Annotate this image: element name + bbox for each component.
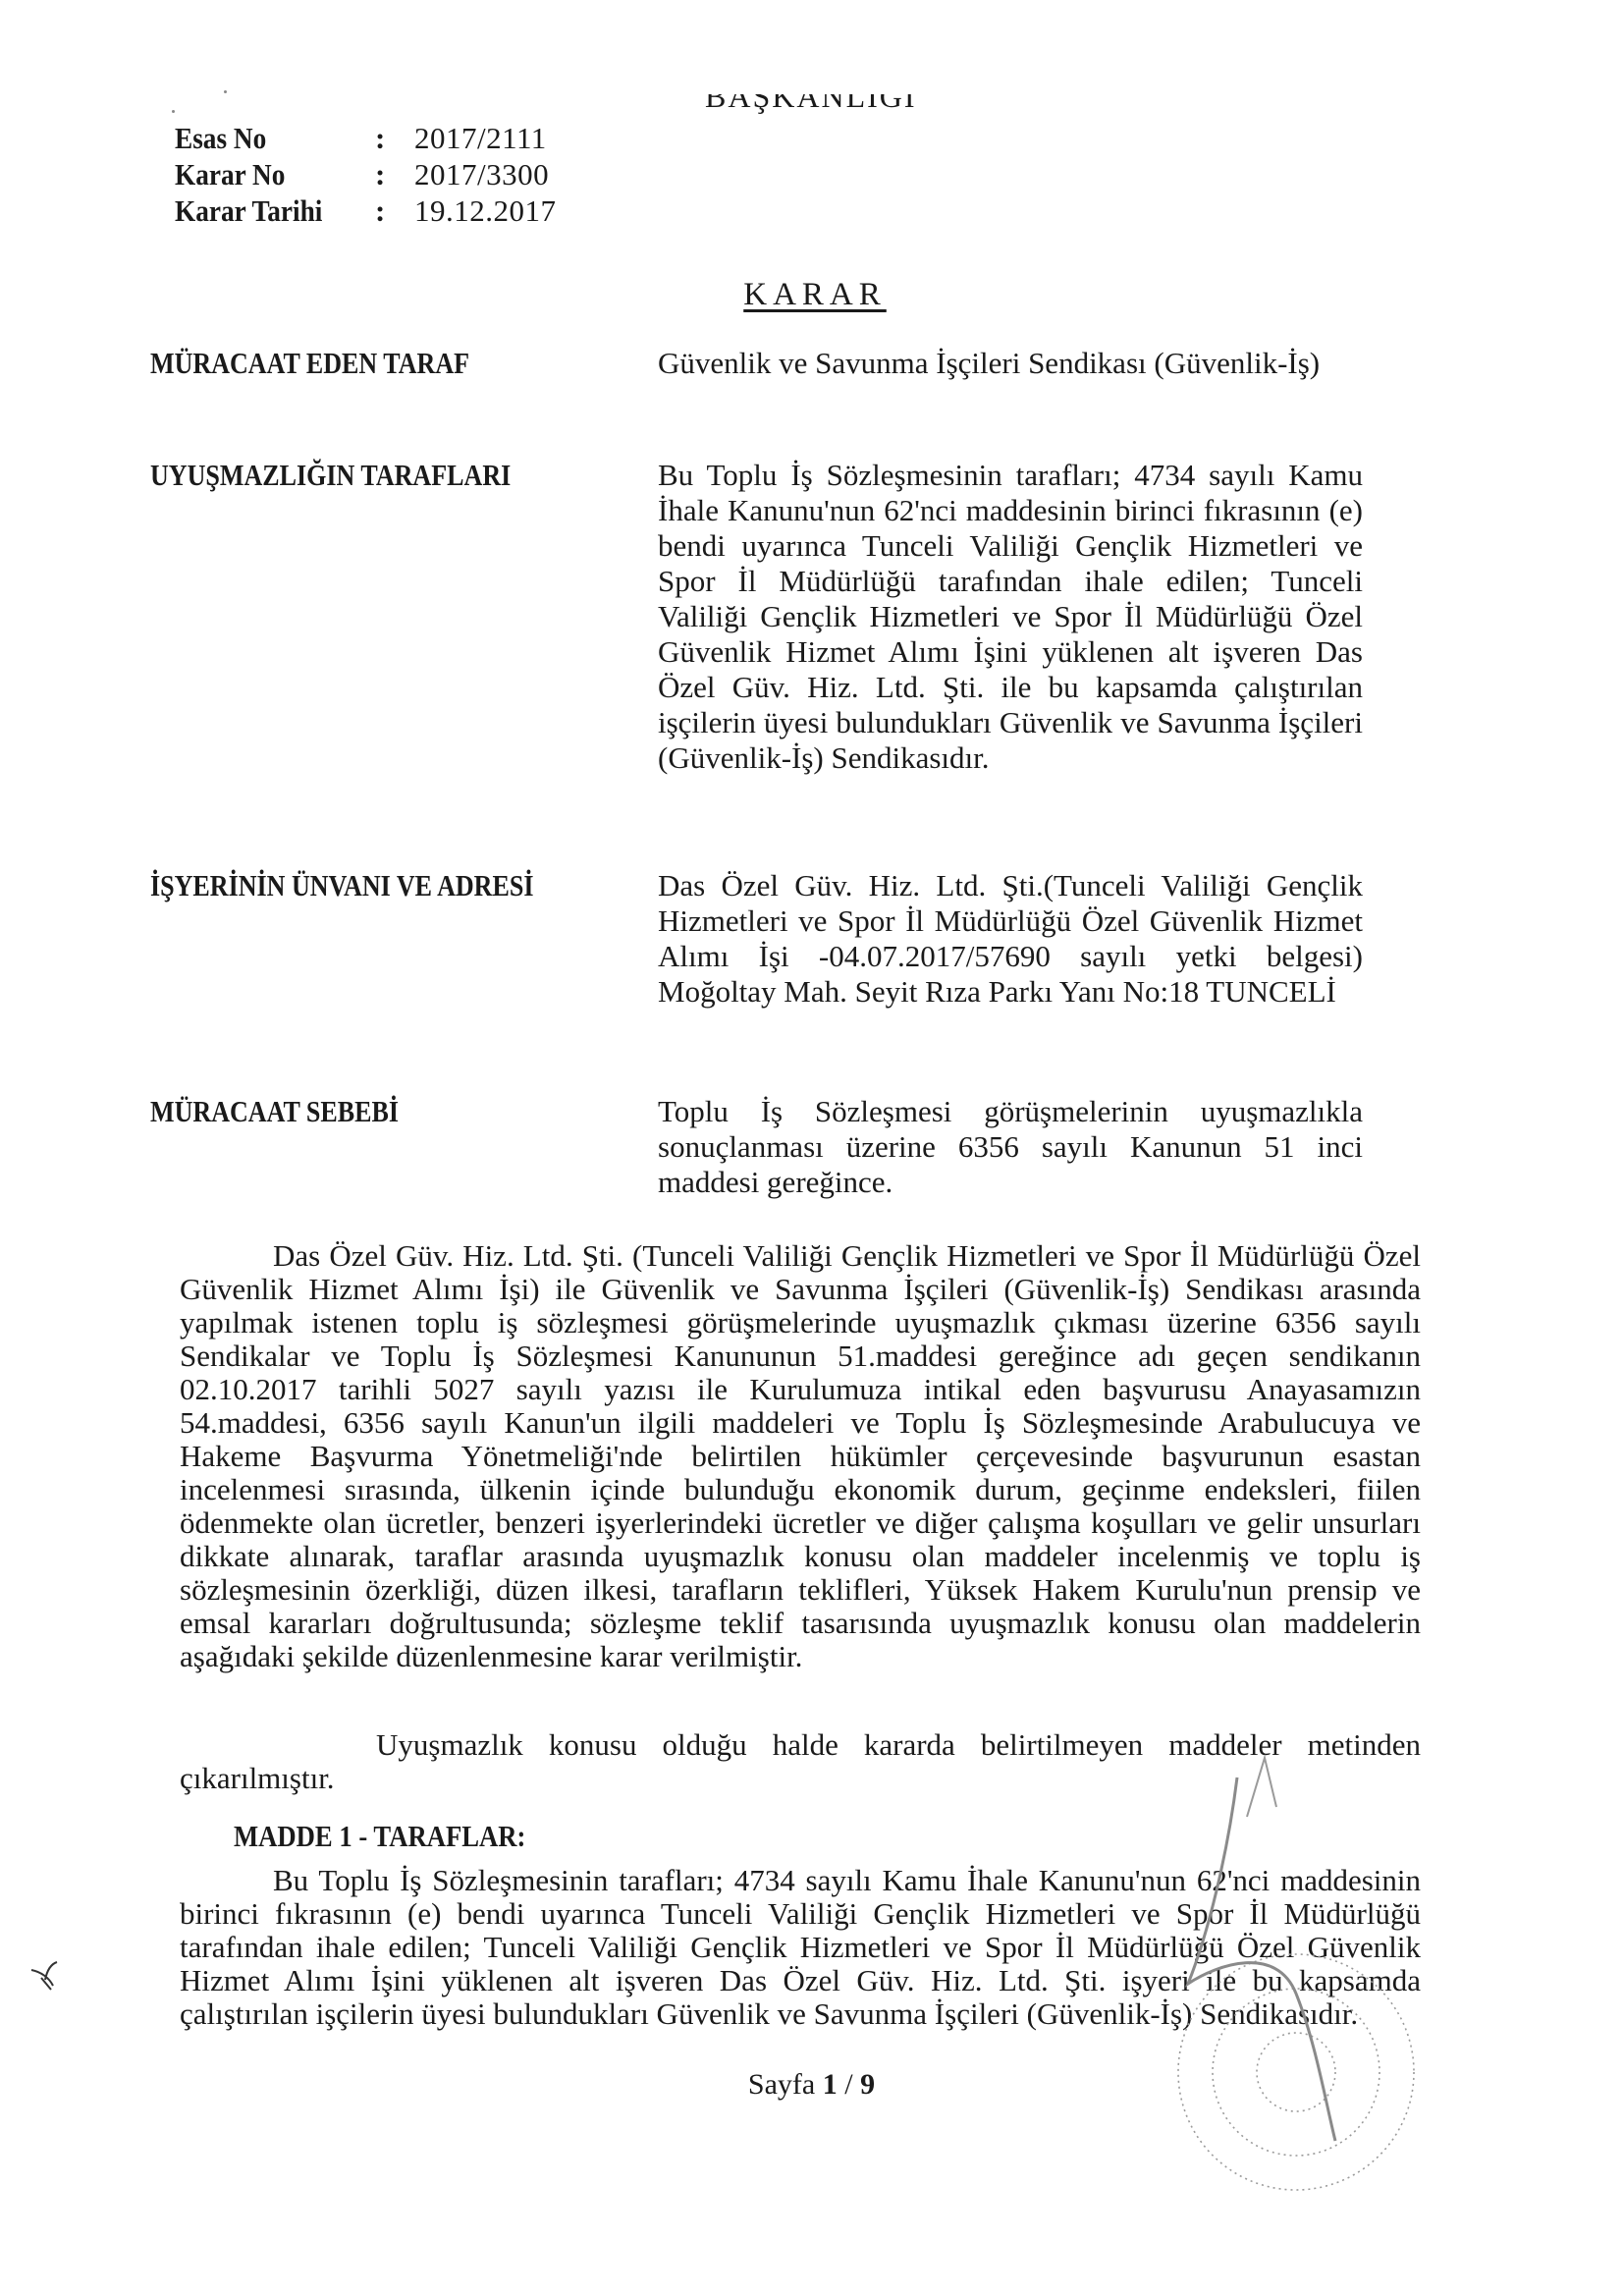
meta-row-karar-no: Karar No : 2017/3300 <box>175 156 557 192</box>
info-value: Güvenlik ve Savunma İşçileri Sendikası (… <box>658 346 1363 381</box>
meta-label: Karar No <box>175 156 352 192</box>
page-total: 9 <box>860 2068 875 2101</box>
info-label: İŞYERİNİN ÜNVANI VE ADRESİ <box>150 868 533 903</box>
info-label: MÜRACAAT EDEN TARAF <box>150 346 469 381</box>
page-number: Sayfa 1 / 9 <box>0 2068 1623 2102</box>
case-meta-block: Esas No : 2017/2111 Karar No : 2017/3300… <box>175 120 557 229</box>
meta-colon: : <box>375 192 414 229</box>
info-value: Das Özel Güv. Hiz. Ltd. Şti.(Tunceli Val… <box>658 868 1363 1010</box>
meta-value: 19.12.2017 <box>414 192 557 229</box>
scan-speck <box>224 90 227 93</box>
meta-value: 2017/2111 <box>414 120 547 156</box>
page-separator: / <box>844 2068 852 2101</box>
meta-colon: : <box>375 156 414 192</box>
margin-initial-icon <box>27 1958 67 2001</box>
meta-label: Karar Tarihi <box>175 192 352 229</box>
cutoff-institution-heading: BAŞKANLIĞI <box>705 94 917 118</box>
meta-label: Esas No <box>175 120 352 156</box>
document-page: BAŞKANLIĞI Esas No : 2017/2111 Karar No … <box>0 0 1623 2296</box>
meta-value: 2017/3300 <box>414 156 549 192</box>
page-current: 1 <box>823 2068 838 2101</box>
document-title: KARAR <box>520 277 1109 313</box>
meta-colon: : <box>375 120 414 156</box>
info-label: MÜRACAAT SEBEBİ <box>150 1094 399 1129</box>
info-label: UYUŞMAZLIĞIN TARAFLARI <box>150 458 511 493</box>
info-value: Toplu İş Sözleşmesi görüşmelerinin uyuşm… <box>658 1094 1363 1200</box>
decision-paragraph: Das Özel Güv. Hiz. Ltd. Şti. (Tunceli Va… <box>180 1239 1421 1673</box>
article-1-title: MADDE 1 - TARAFLAR: <box>234 1819 525 1854</box>
scan-speck <box>172 110 175 113</box>
removed-articles-note: Uyuşmazlık konusu olduğu halde kararda b… <box>180 1728 1421 1795</box>
article-1-text: Bu Toplu İş Sözleşmesinin tarafları; 473… <box>180 1864 1421 2031</box>
cutoff-heading-text: BAŞKANLIĞI <box>705 94 917 112</box>
page-prefix: Sayfa <box>748 2068 815 2101</box>
meta-row-karar-tarihi: Karar Tarihi : 19.12.2017 <box>175 192 557 229</box>
meta-row-esas-no: Esas No : 2017/2111 <box>175 120 557 156</box>
info-value: Bu Toplu İş Sözleşmesinin tarafları; 473… <box>658 458 1363 776</box>
